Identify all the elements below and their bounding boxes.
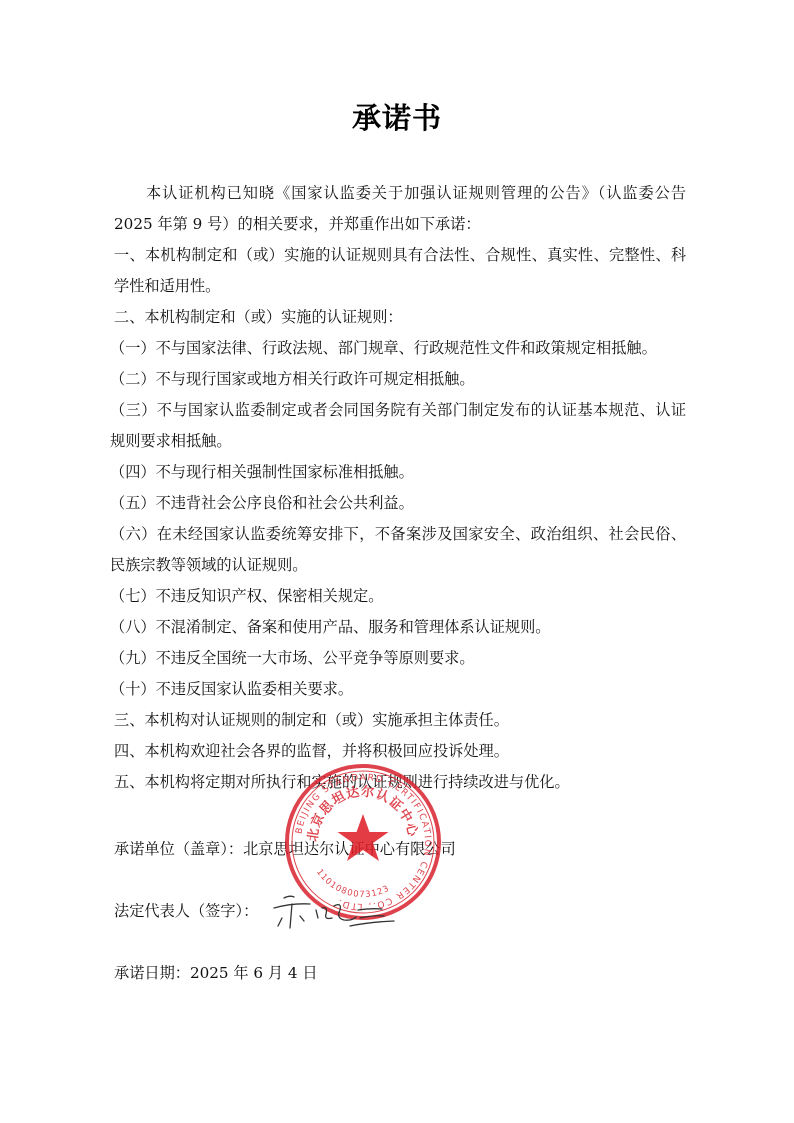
sub-item-10: （十）不违反国家认监委相关要求。: [110, 674, 686, 705]
unit-value: 北京思坦达尔认证中心有限公司: [243, 840, 456, 858]
commitment-item-4: 四、本机构欢迎社会各界的监督，并将积极回应投诉处理。: [114, 736, 686, 767]
sub-item-5: （五）不违背社会公序良俗和社会公共利益。: [110, 488, 686, 519]
document-body: 本认证机构已知晓《国家认监委关于加强认证规则管理的公告》（认监委公告 2025 …: [114, 178, 686, 798]
sub-item-3: （三）不与国家认监委制定或者会同国务院有关部门制定发布的认证基本规范、认证规则要…: [110, 395, 686, 457]
commitment-item-3: 三、本机构对认证规则的制定和（或）实施承担主体责任。: [114, 705, 686, 736]
representative-label: 法定代表人（签字）：: [114, 902, 258, 920]
date-value: 2025 年 6 月 4 日: [190, 964, 318, 982]
date-line: 承诺日期：2025 年 6 月 4 日: [114, 958, 714, 989]
document-title: 承诺书: [0, 96, 794, 137]
intro-paragraph: 本认证机构已知晓《国家认监委关于加强认证规则管理的公告》（认监委公告 2025 …: [114, 178, 686, 240]
unit-label: 承诺单位（盖章）：: [114, 840, 243, 858]
sub-item-8: （八）不混淆制定、备案和使用产品、服务和管理体系认证规则。: [110, 612, 686, 643]
sub-item-7: （七）不违反知识产权、保密相关规定。: [110, 581, 686, 612]
commitment-item-2: 二、本机构制定和（或）实施的认证规则：: [114, 302, 686, 333]
unit-line: 承诺单位（盖章）：北京思坦达尔认证中心有限公司: [114, 834, 714, 865]
sub-item-2: （二）不与现行国家或地方相关行政许可规定相抵触。: [110, 364, 686, 395]
commitment-item-1: 一、本机构制定和（或）实施的认证规则具有合法性、合规性、真实性、完整性、科学性和…: [114, 240, 686, 302]
sub-item-6: （六）在未经国家认监委统筹安排下，不备案涉及国家安全、政治组织、社会民俗、民族宗…: [110, 519, 686, 581]
representative-line: 法定代表人（签字）：: [114, 896, 714, 927]
date-label: 承诺日期：: [114, 964, 190, 982]
commitment-item-5: 五、本机构将定期对所执行和实施的认证规则进行持续改进与优化。: [114, 767, 686, 798]
sub-item-1: （一）不与国家法律、行政法规、部门规章、行政规范性文件和政策规定相抵触。: [110, 333, 686, 364]
sub-item-9: （九）不违反全国统一大市场、公平竞争等原则要求。: [110, 643, 686, 674]
sub-item-4: （四）不与现行相关强制性国家标准相抵触。: [110, 457, 686, 488]
document-page: 承诺书 本认证机构已知晓《国家认监委关于加强认证规则管理的公告》（认监委公告 2…: [0, 0, 794, 1123]
